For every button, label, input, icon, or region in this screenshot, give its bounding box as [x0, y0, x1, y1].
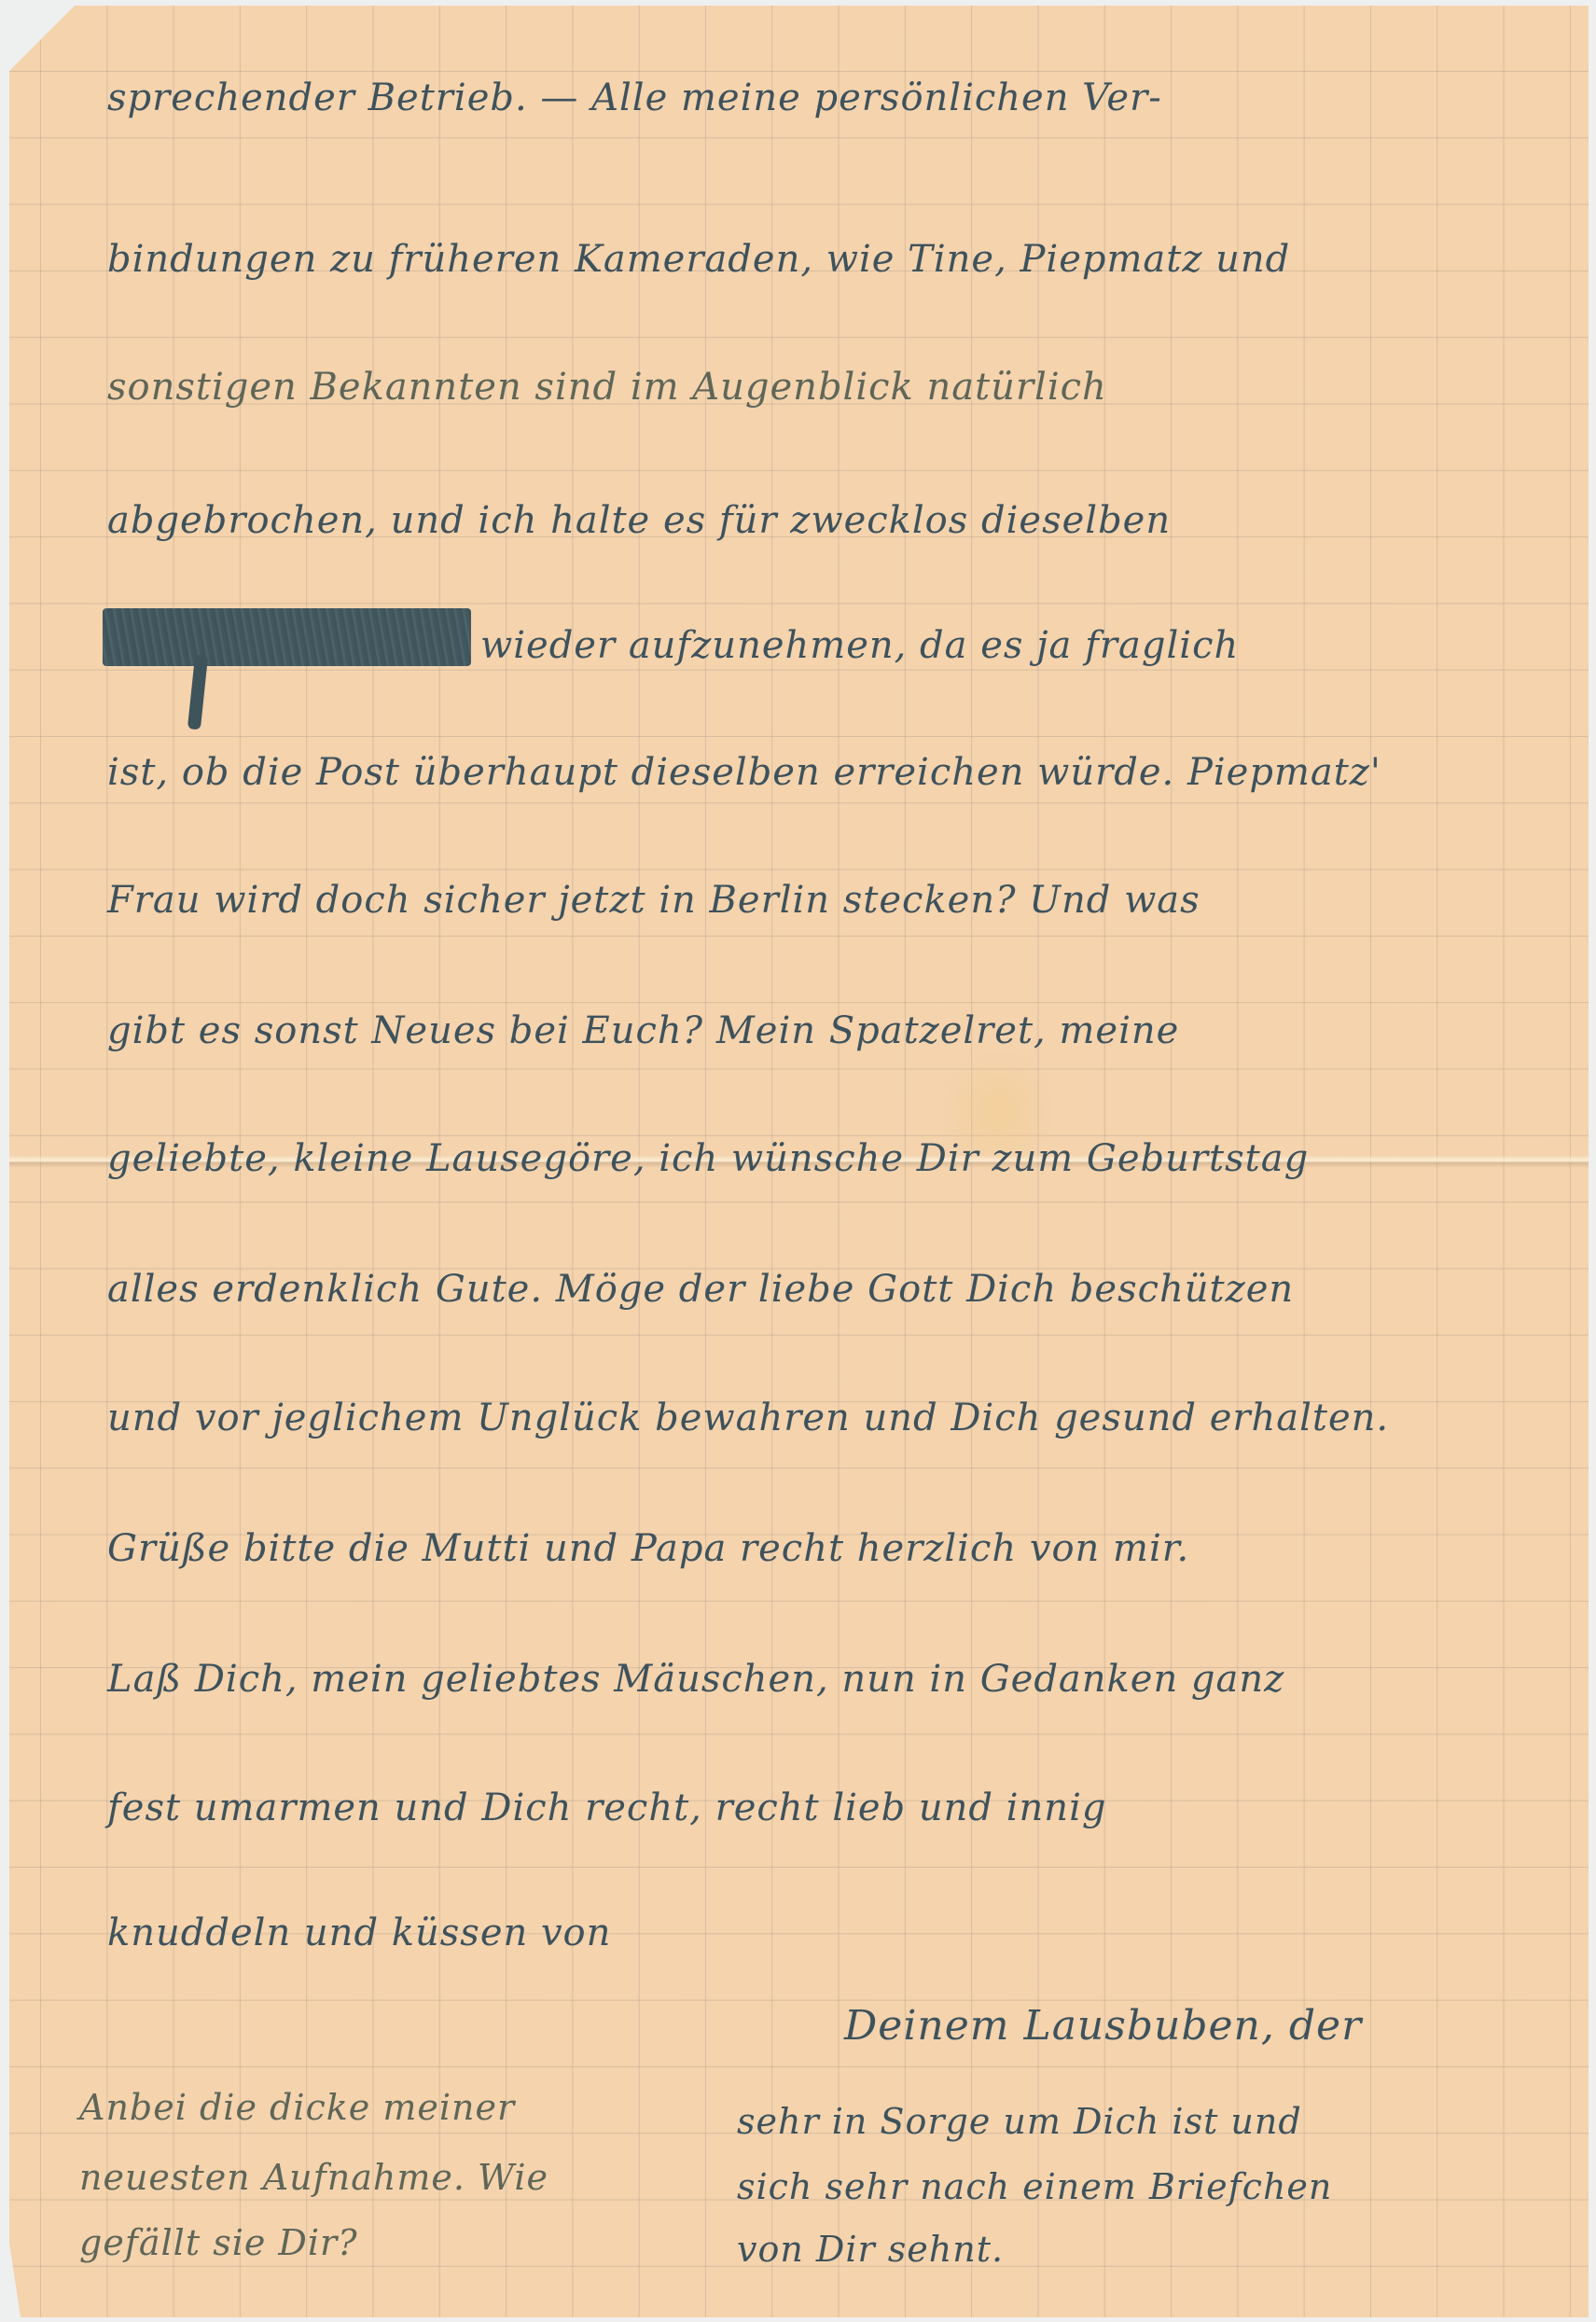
letter-line-10: alles erdenklich Gute. Möge der liebe Go… [107, 1271, 1294, 1308]
letter-line-4: abgebrochen, und ich halte es für zweckl… [107, 502, 1171, 539]
struck-out-word [103, 608, 471, 666]
signature-line-1: sehr in Sorge um Dich ist und [737, 2104, 1302, 2139]
letter-line-11: und vor jeglichem Unglück bewahren und D… [107, 1399, 1389, 1437]
postscript-line-1: Anbei die dicke meiner [79, 2090, 515, 2125]
letter-line-2: bindungen zu früheren Kameraden, wie Tin… [107, 241, 1290, 278]
letter-line-14: fest umarmen und Dich recht, recht lieb … [107, 1789, 1106, 1827]
letter-line-8: gibt es sonst Neues bei Euch? Mein Spatz… [107, 1012, 1179, 1050]
letter-line-6: ist, ob die Post überhaupt dieselben err… [107, 754, 1381, 791]
letter-line-13: Laß Dich, mein geliebtes Mäuschen, nun i… [107, 1661, 1284, 1698]
letter-line-15: knuddeln und küssen von [107, 1914, 611, 1952]
postscript-line-3: gefällt sie Dir? [79, 2225, 358, 2260]
letter-line-3: sonstigen Bekannten sind im Augenblick n… [107, 368, 1107, 406]
letter-line-12: Grüße bitte die Mutti und Papa recht her… [107, 1530, 1189, 1567]
letter-line-1: sprechender Betrieb. — Alle meine persön… [107, 79, 1162, 117]
letter-line-7: Frau wird doch sicher jetzt in Berlin st… [107, 882, 1200, 919]
signature-line-3: von Dir sehnt. [737, 2232, 1004, 2267]
postscript-line-2: neuesten Aufnahme. Wie [79, 2160, 548, 2195]
signature-line-2: sich sehr nach einem Briefchen [737, 2169, 1332, 2204]
signature-closing: Deinem Lausbuben, der [844, 2006, 1362, 2047]
letter-line-5: wieder aufzunehmen, da es ja fraglich [480, 627, 1239, 664]
letter-line-9: geliebte, kleine Lausegöre, ich wünsche … [107, 1140, 1309, 1177]
